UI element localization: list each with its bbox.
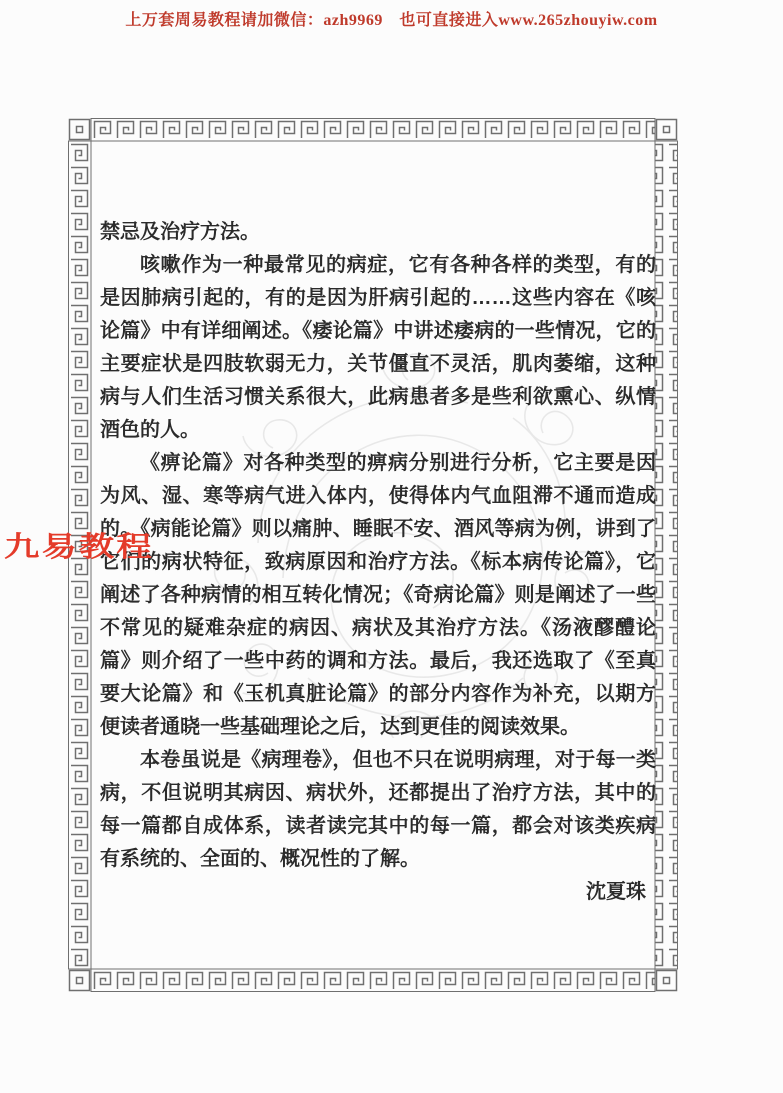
site-watermark-text: 九易教程 — [4, 524, 154, 564]
promo-header-text: 上万套周易教程请加微信：azh9969 也可直接进入www.265zhouyiw… — [0, 7, 783, 30]
paragraphs-container: 禁忌及治疗方法。咳嗽作为一种最常见的病症，它有各种各样的类型，有的是因肺病引起的… — [100, 216, 656, 876]
author-signature: 沈夏珠 — [100, 876, 656, 909]
scanned-book-page: 上万套周易教程请加微信：azh9969 也可直接进入www.265zhouyiw… — [0, 0, 783, 1093]
paragraph: 禁忌及治疗方法。 — [100, 216, 656, 249]
paragraph: 《痹论篇》对各种类型的痹病分别进行分析，它主要是因为风、湿、寒等病气进入体内，使… — [100, 447, 656, 744]
paragraph: 咳嗽作为一种最常见的病症，它有各种各样的类型，有的是因肺病引起的，有的是因为肝病… — [100, 249, 656, 447]
body-text: 禁忌及治疗方法。咳嗽作为一种最常见的病症，它有各种各样的类型，有的是因肺病引起的… — [100, 216, 656, 909]
paragraph: 本卷虽说是《病理卷》，但也不只在说明病理，对于每一类病，不但说明其病因、病状外，… — [100, 744, 656, 876]
